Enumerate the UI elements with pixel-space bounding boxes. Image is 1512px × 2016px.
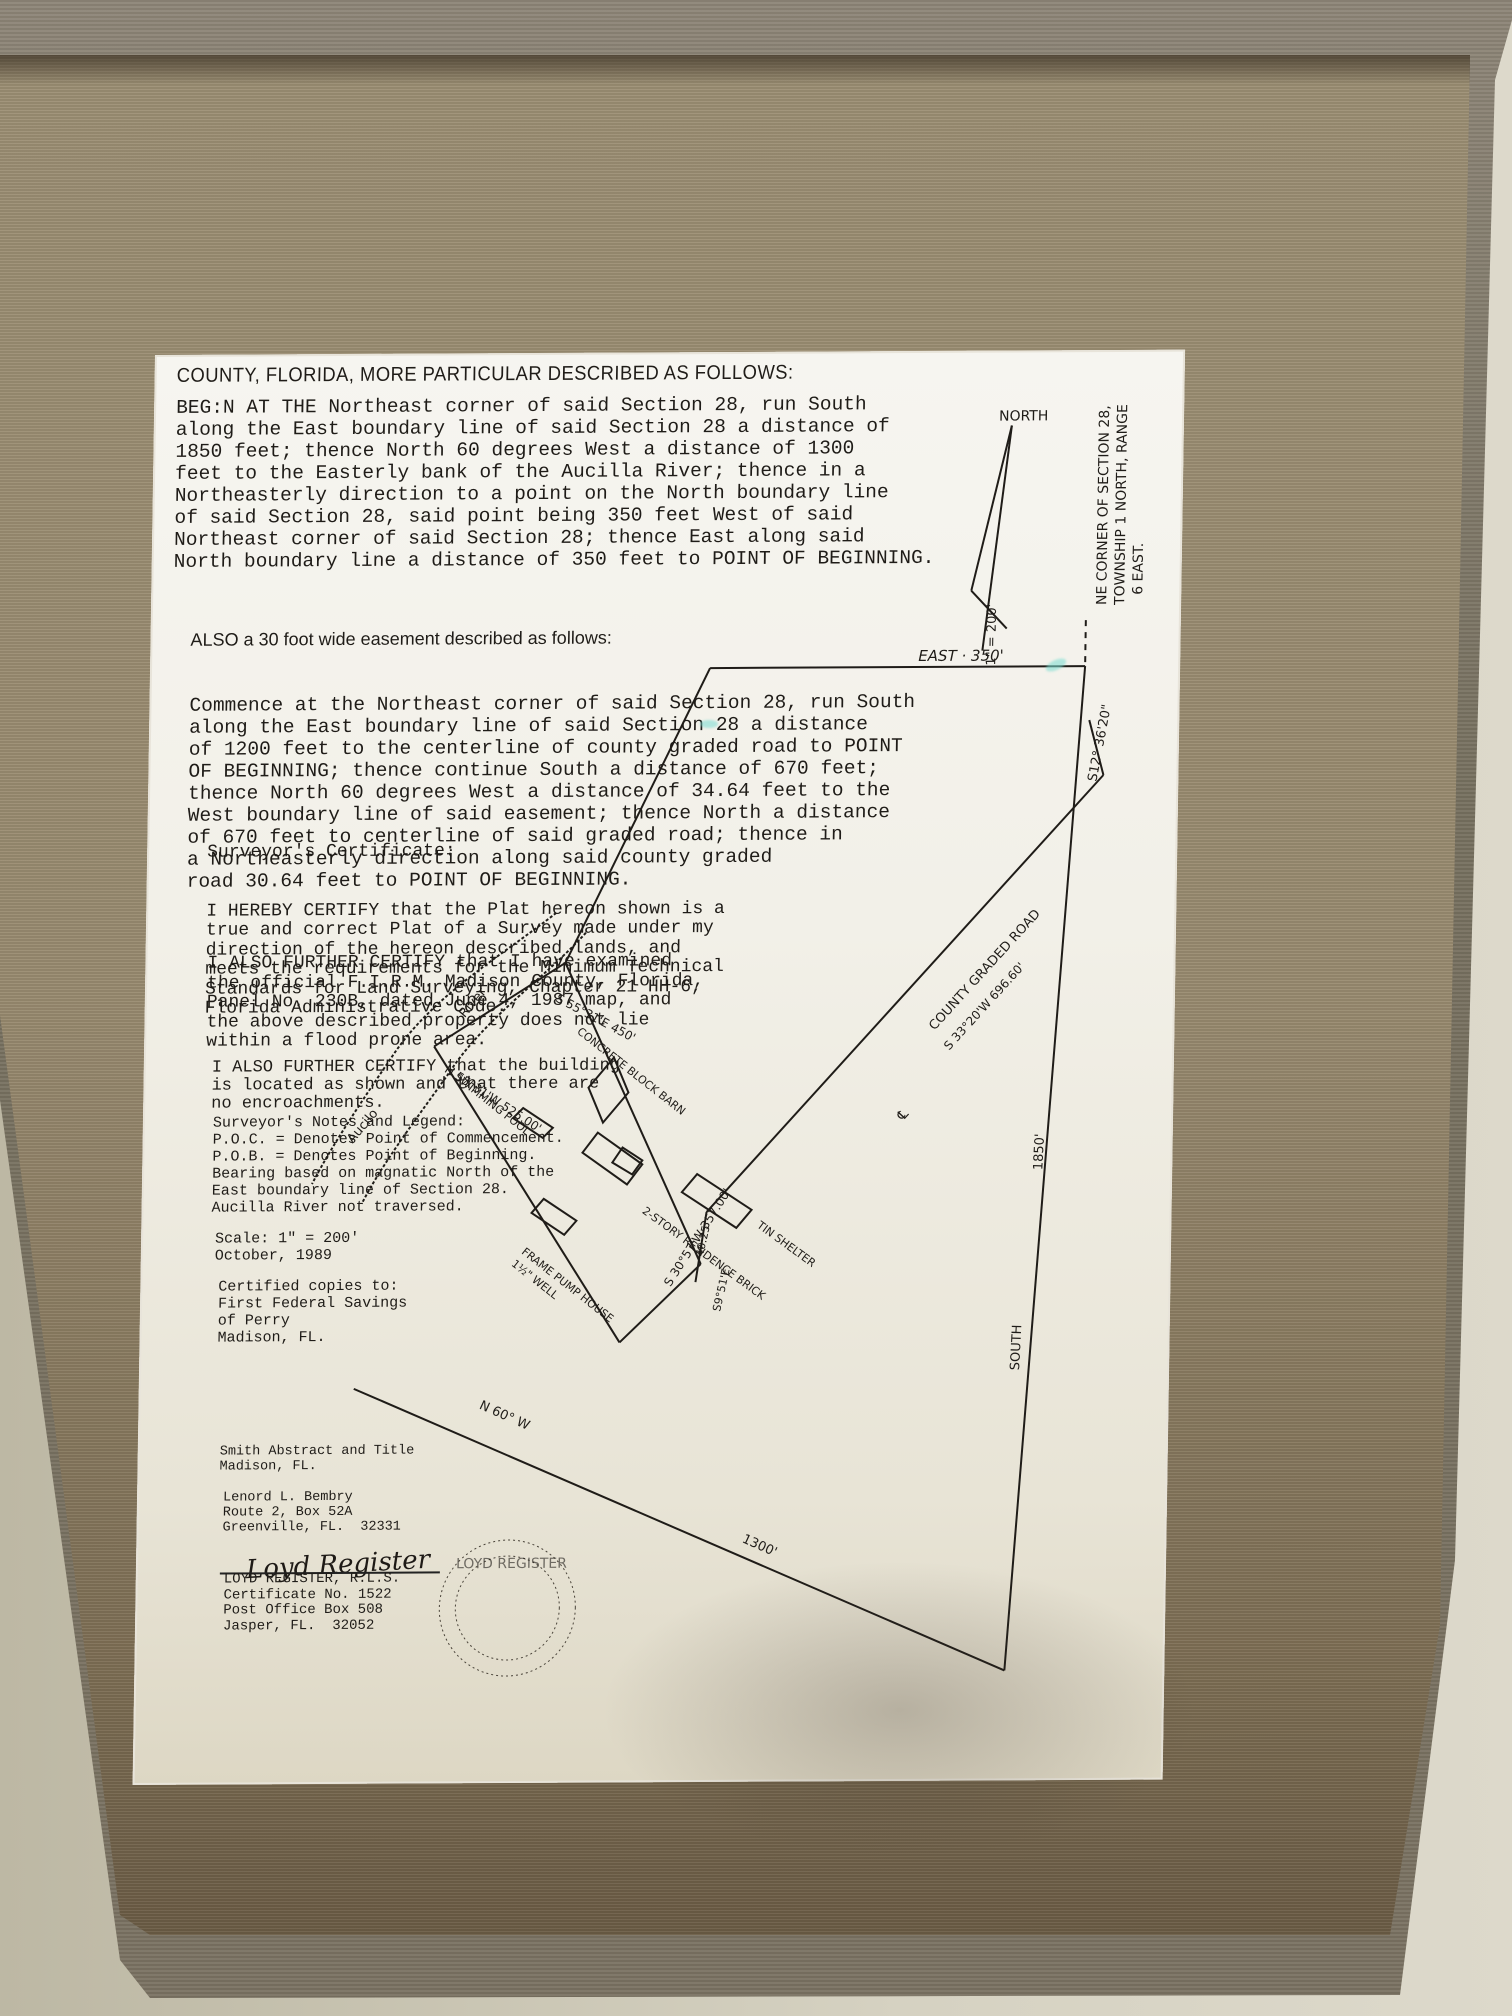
seal-text: LOYD REGISTER (456, 1556, 567, 1573)
site-label: S12° 36'20" (1086, 703, 1115, 782)
south-label: SOUTH (1008, 1324, 1025, 1370)
south-line-bearing: N 60° W (477, 1398, 532, 1433)
pool-label: SWIMMING POOL (452, 1070, 534, 1138)
structure-residence (582, 1132, 643, 1184)
structure-pump-house (531, 1199, 577, 1235)
centerline-label: ℄ (894, 1106, 913, 1124)
aucilla-river (312, 913, 587, 1204)
mat-shadow (0, 55, 1470, 85)
north-label: NORTH (999, 408, 1049, 424)
property-boundary (349, 620, 1086, 1674)
corner-label-1: NE CORNER OF SECTION 28, (1094, 405, 1113, 605)
corner-label-3: 6 EAST. (1130, 543, 1147, 595)
glass-glare (700, 720, 718, 728)
east-line-length: 1850' (1031, 1133, 1048, 1170)
south-line-length: 1300' (740, 1532, 780, 1560)
tin-shelter-label: TIN SHELTER (754, 1218, 819, 1270)
river-label-aucilo: Aucilo (344, 1106, 381, 1146)
photo-shadow (600, 1560, 1200, 1860)
east-label: EAST · 350' (918, 647, 1004, 665)
corner-label-2: TOWNSHIP 1 NORTH, RANGE (1112, 404, 1131, 606)
river-label-river: River (456, 985, 490, 1021)
